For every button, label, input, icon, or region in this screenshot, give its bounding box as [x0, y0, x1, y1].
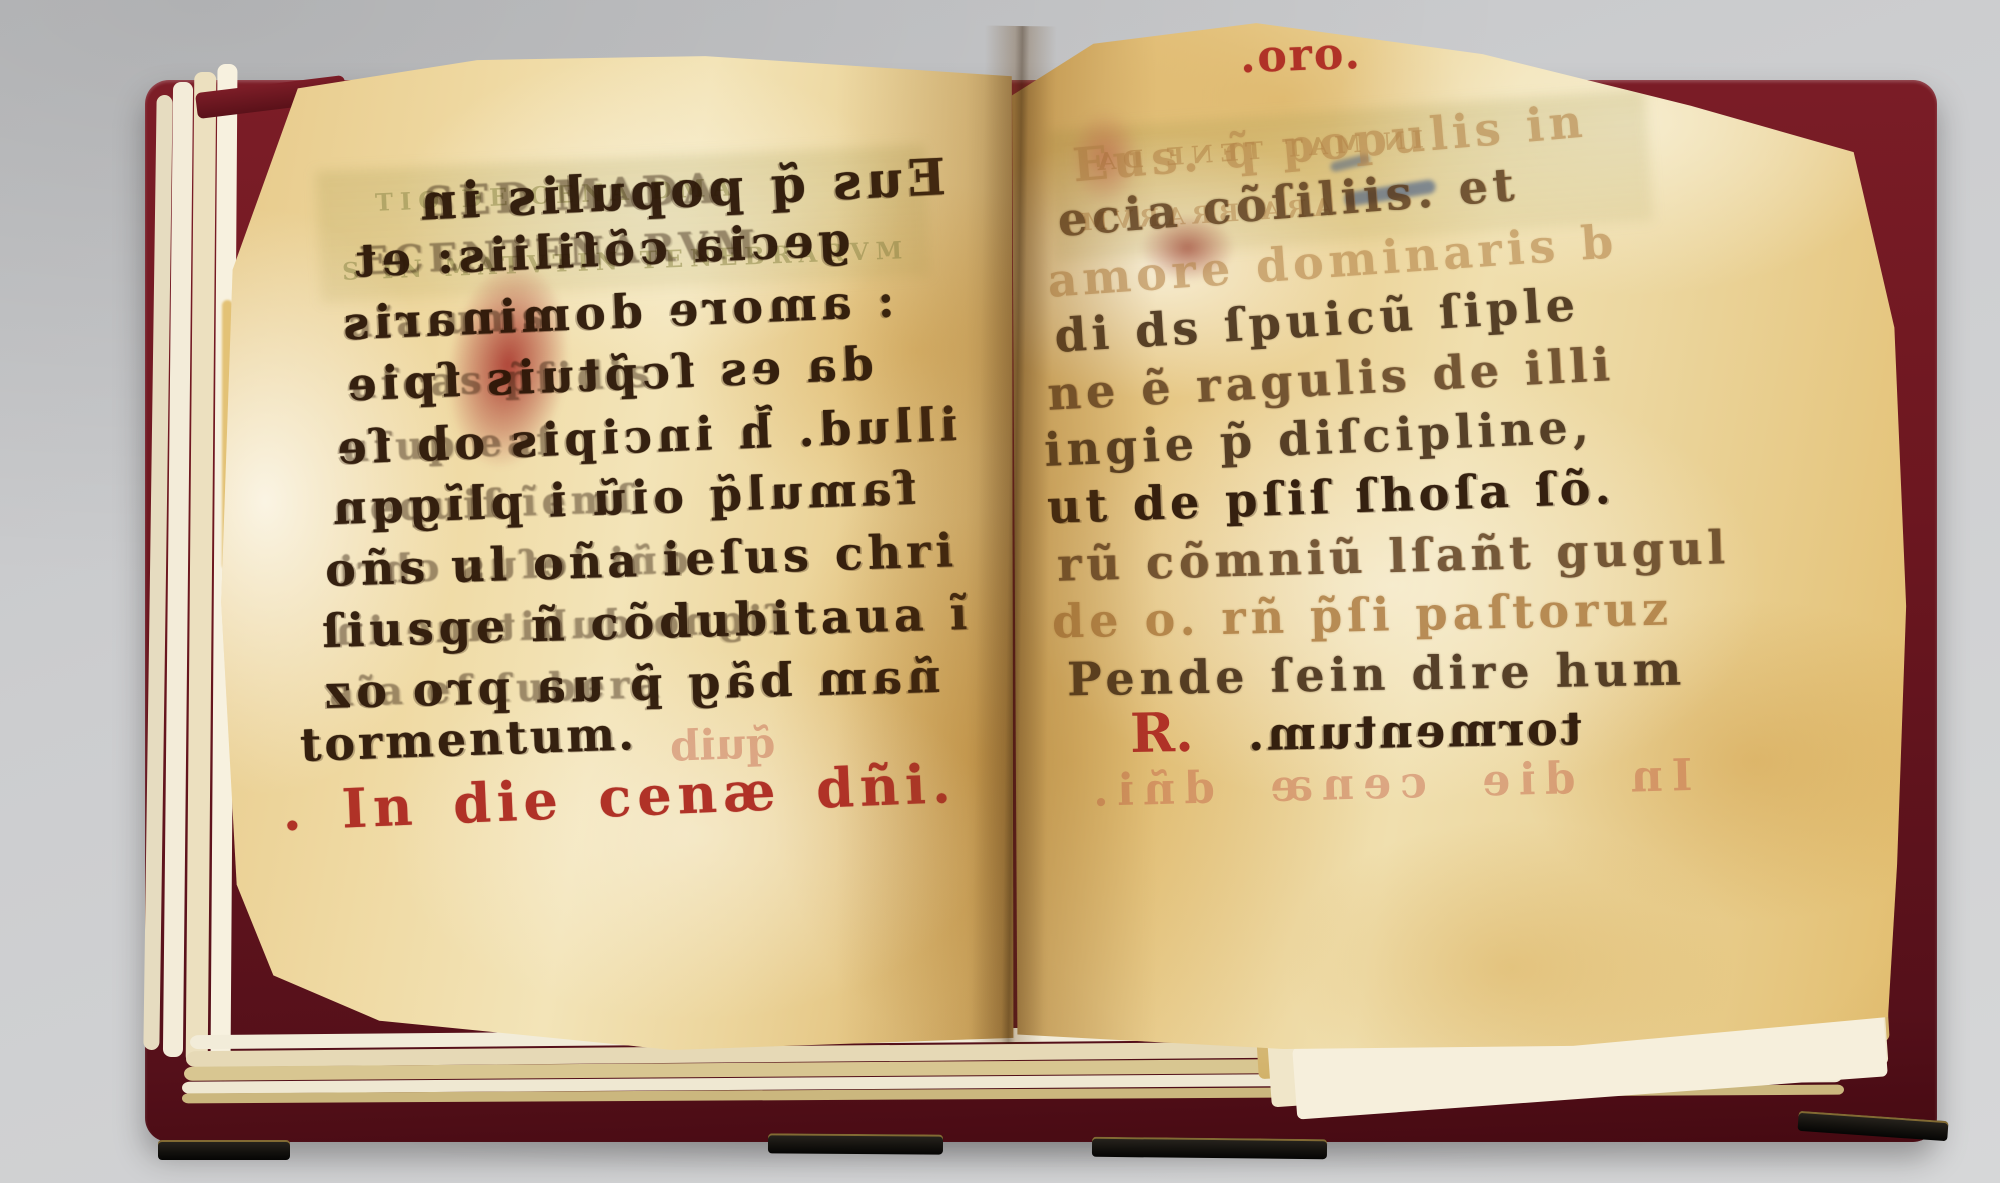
- photo-of-open-manuscript: TIO DE CENA DMA S IN MATVTIN TENEBRARVM …: [0, 0, 2000, 1183]
- clasp-fitting: [768, 1133, 943, 1154]
- right-parchment-page: .oro. IN MAT TENE DA ARA BRARVM Eus. q̃ …: [1012, 18, 1917, 1050]
- left-parchment-page: TIO DE CENA DMA S IN MATVTIN TENEBRARVM …: [200, 48, 1015, 1056]
- page-vignette: [1012, 18, 1917, 1050]
- page-vignette: [200, 48, 1015, 1056]
- clasp-fitting: [1092, 1137, 1327, 1159]
- clasp-fitting: [158, 1140, 290, 1160]
